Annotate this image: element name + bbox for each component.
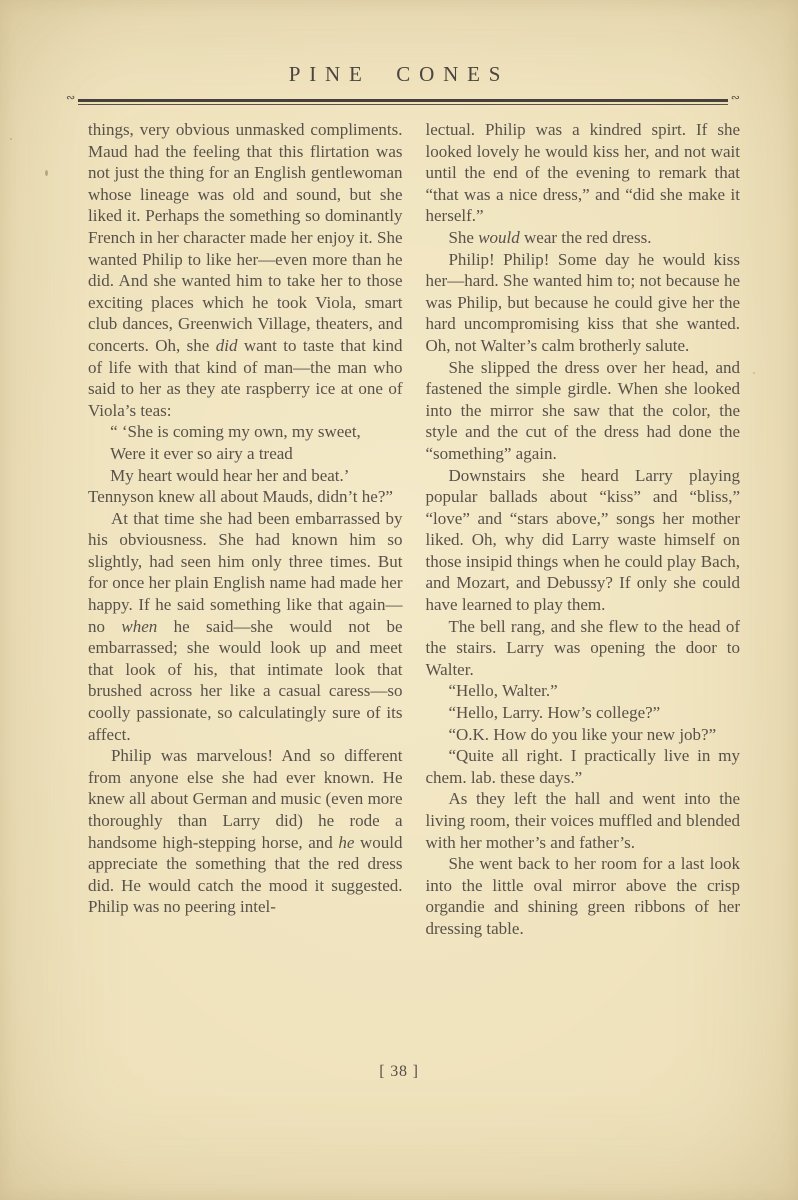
paragraph: She went back to her room for a last loo… <box>426 853 741 939</box>
paragraph: things, very obvious unmasked compliment… <box>88 119 403 421</box>
paragraph: My heart would hear her and beat.’ <box>110 465 402 487</box>
paragraph: At that time she had been embarrassed by… <box>88 508 403 746</box>
running-title: PINE CONES <box>0 62 798 87</box>
paragraph: Were it ever so airy a tread <box>110 443 402 465</box>
paragraph: Philip! Philip! Some day he would kiss h… <box>426 249 741 357</box>
column-left: things, very obvious unmasked compliment… <box>88 119 403 940</box>
paragraph: She would wear the red dress. <box>426 227 741 249</box>
paragraph: Tennyson knew all about Mauds, didn’t he… <box>88 486 403 508</box>
paragraph: “Quite all right. I practically live in … <box>426 745 741 788</box>
paragraph: As they left the hall and went into the … <box>426 788 741 853</box>
book-page: PINE CONES ∾ ∾ things, very obvious unma… <box>0 0 798 1200</box>
paragraph: Philip was marvelous! And so different f… <box>88 745 403 918</box>
column-right: lectual. Philip was a kindred spirt. If … <box>426 119 741 940</box>
paragraph: “Hello, Walter.” <box>426 680 741 702</box>
paper-speck <box>753 372 755 374</box>
paragraph: She slipped the dress over her head, and… <box>426 357 741 465</box>
paper-speck <box>45 170 48 176</box>
rule-ornament-left-icon: ∾ <box>66 93 75 104</box>
rule-bars <box>78 99 728 105</box>
paragraph: The bell rang, and she flew to the head … <box>426 616 741 681</box>
paragraph: “Hello, Larry. How’s college?” <box>426 702 741 724</box>
paragraph: “ ‘She is coming my own, my sweet, <box>110 421 402 443</box>
page-number: [ 38 ] <box>0 1063 798 1081</box>
paragraph: lectual. Philip was a kindred spirt. If … <box>426 119 741 227</box>
paragraph: Downstairs she heard Larry playing popul… <box>426 465 741 616</box>
header-rule: ∾ ∾ <box>78 99 728 105</box>
paragraph: “O.K. How do you like your new job?” <box>426 724 741 746</box>
rule-ornament-right-icon: ∾ <box>731 93 740 104</box>
paper-speck <box>10 138 12 140</box>
text-columns: things, very obvious unmasked compliment… <box>88 119 740 940</box>
